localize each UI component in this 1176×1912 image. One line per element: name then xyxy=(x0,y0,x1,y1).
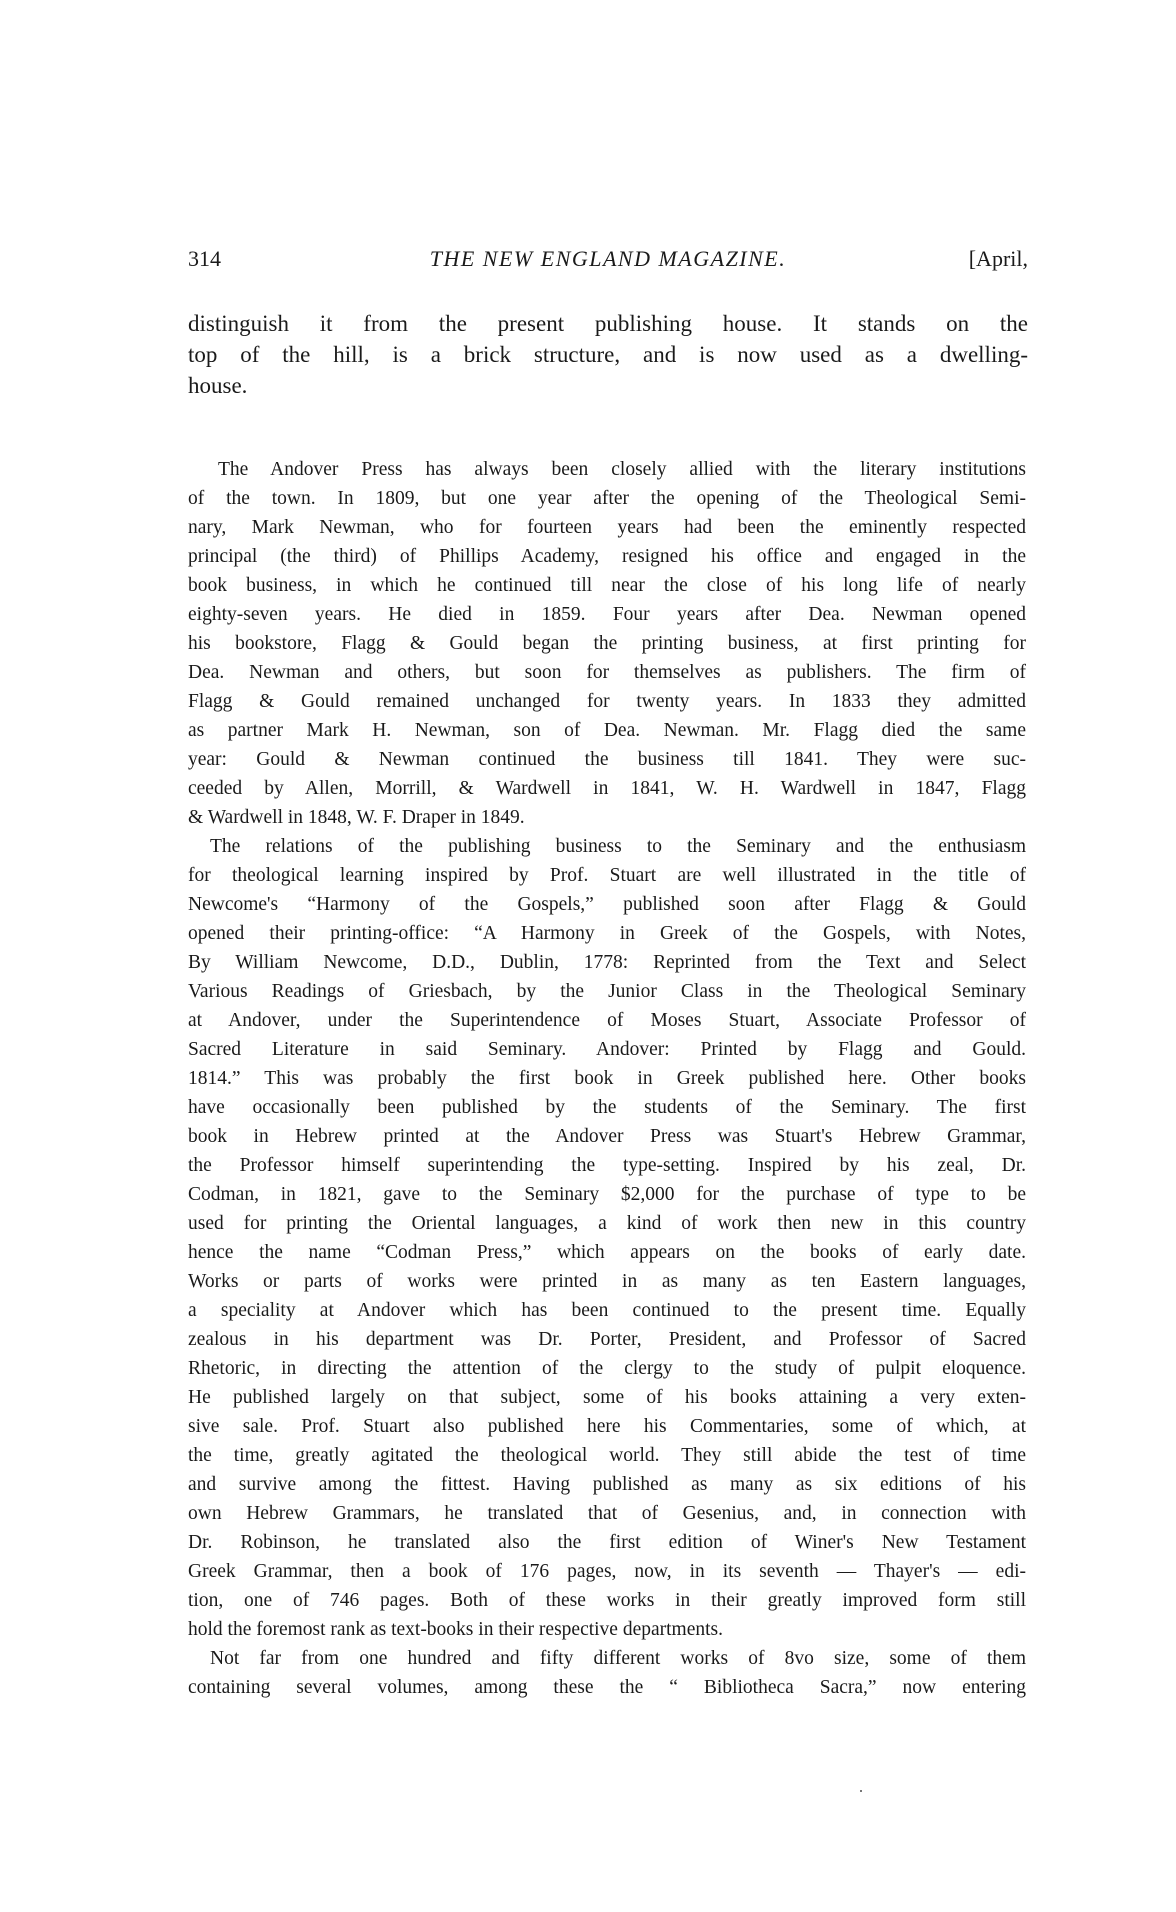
document-page: 314 THE NEW ENGLAND MAGAZINE. [April, di… xyxy=(0,0,1176,1912)
text-line: his bookstore, Flagg & Gould began the p… xyxy=(188,629,1026,658)
body-text: The Andover Press has always been closel… xyxy=(188,455,1026,1702)
text-line: hence the name “Codman Press,” which app… xyxy=(188,1238,1026,1267)
text-line: book business, in which he continued til… xyxy=(188,571,1026,600)
text-line: and survive among the fittest. Having pu… xyxy=(188,1470,1026,1499)
text-line: nary, Mark Newman, who for fourteen year… xyxy=(188,513,1026,542)
running-title: THE NEW ENGLAND MAGAZINE. xyxy=(188,246,1028,272)
text-line: & Wardwell in 1848, W. F. Draper in 1849… xyxy=(188,803,1026,832)
text-line: The relations of the publishing business… xyxy=(188,832,1026,861)
text-line: Sacred Literature in said Seminary. Ando… xyxy=(188,1035,1026,1064)
scan-speck xyxy=(860,1790,862,1792)
text-line: distinguish it from the present publishi… xyxy=(188,308,1028,339)
text-line: opened their printing-office: “A Harmony… xyxy=(188,919,1026,948)
text-line: own Hebrew Grammars, he translated that … xyxy=(188,1499,1026,1528)
text-line: Greek Grammar, then a book of 176 pages,… xyxy=(188,1557,1026,1586)
paragraph-works-published: Not far from one hundred and fifty diffe… xyxy=(188,1644,1026,1702)
text-line: Flagg & Gould remained unchanged for twe… xyxy=(188,687,1026,716)
paragraph-publishing-relations: The relations of the publishing business… xyxy=(188,832,1026,1644)
text-line: Not far from one hundred and fifty diffe… xyxy=(188,1644,1026,1673)
text-line: the time, greatly agitated the theologic… xyxy=(188,1441,1026,1470)
continued-paragraph: distinguish it from the present publishi… xyxy=(188,308,1028,401)
text-line: sive sale. Prof. Stuart also published h… xyxy=(188,1412,1026,1441)
text-line: Rhetoric, in directing the attention of … xyxy=(188,1354,1026,1383)
text-line: Various Readings of Griesbach, by the Ju… xyxy=(188,977,1026,1006)
text-line: for theological learning inspired by Pro… xyxy=(188,861,1026,890)
text-line: principal (the third) of Phillips Academ… xyxy=(188,542,1026,571)
text-line: 1814.” This was probably the first book … xyxy=(188,1064,1026,1093)
text-line: Codman, in 1821, gave to the Seminary $2… xyxy=(188,1180,1026,1209)
text-line: Works or parts of works were printed in … xyxy=(188,1267,1026,1296)
text-line: He published largely on that subject, so… xyxy=(188,1383,1026,1412)
text-line: at Andover, under the Superintendence of… xyxy=(188,1006,1026,1035)
text-line: hold the foremost rank as text-books in … xyxy=(188,1615,1026,1644)
text-line: top of the hill, is a brick structure, a… xyxy=(188,339,1028,370)
text-line: zealous in his department was Dr. Porter… xyxy=(188,1325,1026,1354)
text-line: eighty-seven years. He died in 1859. Fou… xyxy=(188,600,1026,629)
text-line: ceeded by Allen, Morrill, & Wardwell in … xyxy=(188,774,1026,803)
text-line: year: Gould & Newman continued the busin… xyxy=(188,745,1026,774)
text-line: Dea. Newman and others, but soon for the… xyxy=(188,658,1026,687)
paragraph-andover-press: The Andover Press has always been closel… xyxy=(188,455,1026,832)
text-line: tion, one of 746 pages. Both of these wo… xyxy=(188,1586,1026,1615)
text-line: used for printing the Oriental languages… xyxy=(188,1209,1026,1238)
text-line: By William Newcome, D.D., Dublin, 1778: … xyxy=(188,948,1026,977)
text-line: of the town. In 1809, but one year after… xyxy=(188,484,1026,513)
text-line: Newcome's “Harmony of the Gospels,” publ… xyxy=(188,890,1026,919)
issue-month: [April, xyxy=(969,246,1028,272)
running-header: 314 THE NEW ENGLAND MAGAZINE. [April, xyxy=(188,246,1028,276)
text-line: the Professor himself superintending the… xyxy=(188,1151,1026,1180)
text-line: Dr. Robinson, he translated also the fir… xyxy=(188,1528,1026,1557)
text-line: a speciality at Andover which has been c… xyxy=(188,1296,1026,1325)
text-line: have occasionally been published by the … xyxy=(188,1093,1026,1122)
text-line: as partner Mark H. Newman, son of Dea. N… xyxy=(188,716,1026,745)
text-line: house. xyxy=(188,370,1028,401)
text-line: book in Hebrew printed at the Andover Pr… xyxy=(188,1122,1026,1151)
text-line: The Andover Press has always been closel… xyxy=(188,455,1026,484)
text-line: containing several volumes, among these … xyxy=(188,1673,1026,1702)
